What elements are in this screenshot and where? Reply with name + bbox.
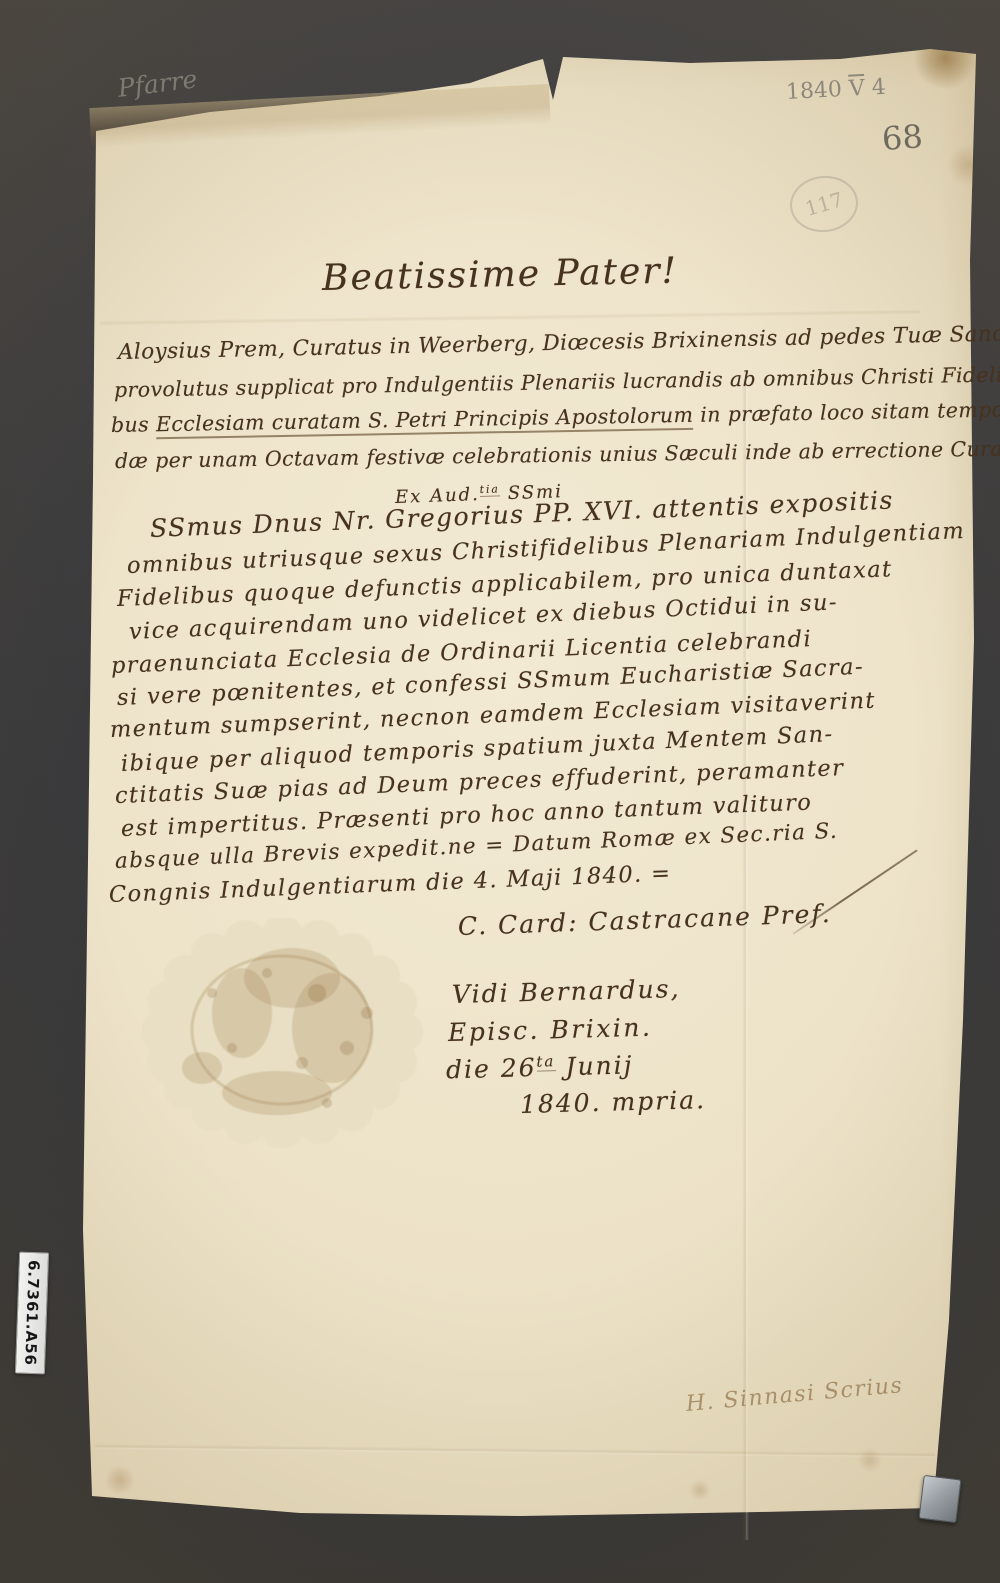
- document-title: Beatissime Pater!: [322, 251, 679, 299]
- vidimus-line-3: die 26ta Junij: [446, 1050, 634, 1084]
- vidimus-line-3-prefix: die 26: [446, 1053, 537, 1084]
- metal-clip: [918, 1475, 961, 1523]
- circled-number-text: 117: [802, 187, 845, 221]
- pencil-annotation-date: 1840 V 4: [785, 75, 886, 105]
- archive-shelfmark-label: 6.7361.A56: [15, 1252, 49, 1375]
- paper-wafer-seal: [142, 918, 424, 1148]
- vidimus-line-3-sup: ta: [536, 1052, 555, 1071]
- vidimus-line-2: Episc. Brixin.: [448, 1013, 653, 1047]
- petition-line-3-prefix: bus: [111, 412, 156, 437]
- vidimus-line-4: 1840. mpria.: [520, 1085, 707, 1119]
- pencil-annotation-pfarre: Pfarre: [116, 64, 199, 102]
- vidimus-line-1: Vidi Bernardus,: [452, 974, 681, 1009]
- shelfmark-text: 6.7361.A56: [21, 1260, 43, 1367]
- pencil-folio-number: 68: [881, 117, 924, 158]
- date-roman-overlined: V: [848, 76, 865, 102]
- date-prefix: 1840: [785, 77, 849, 105]
- date-suffix: 4: [864, 75, 886, 101]
- rescript-header-sup: tia: [479, 482, 500, 497]
- vidimus-line-3-suffix: Junij: [555, 1050, 634, 1081]
- scan-stage: Pfarre 1840 V 4 68 117 Beatissime Pater!…: [0, 0, 1000, 1583]
